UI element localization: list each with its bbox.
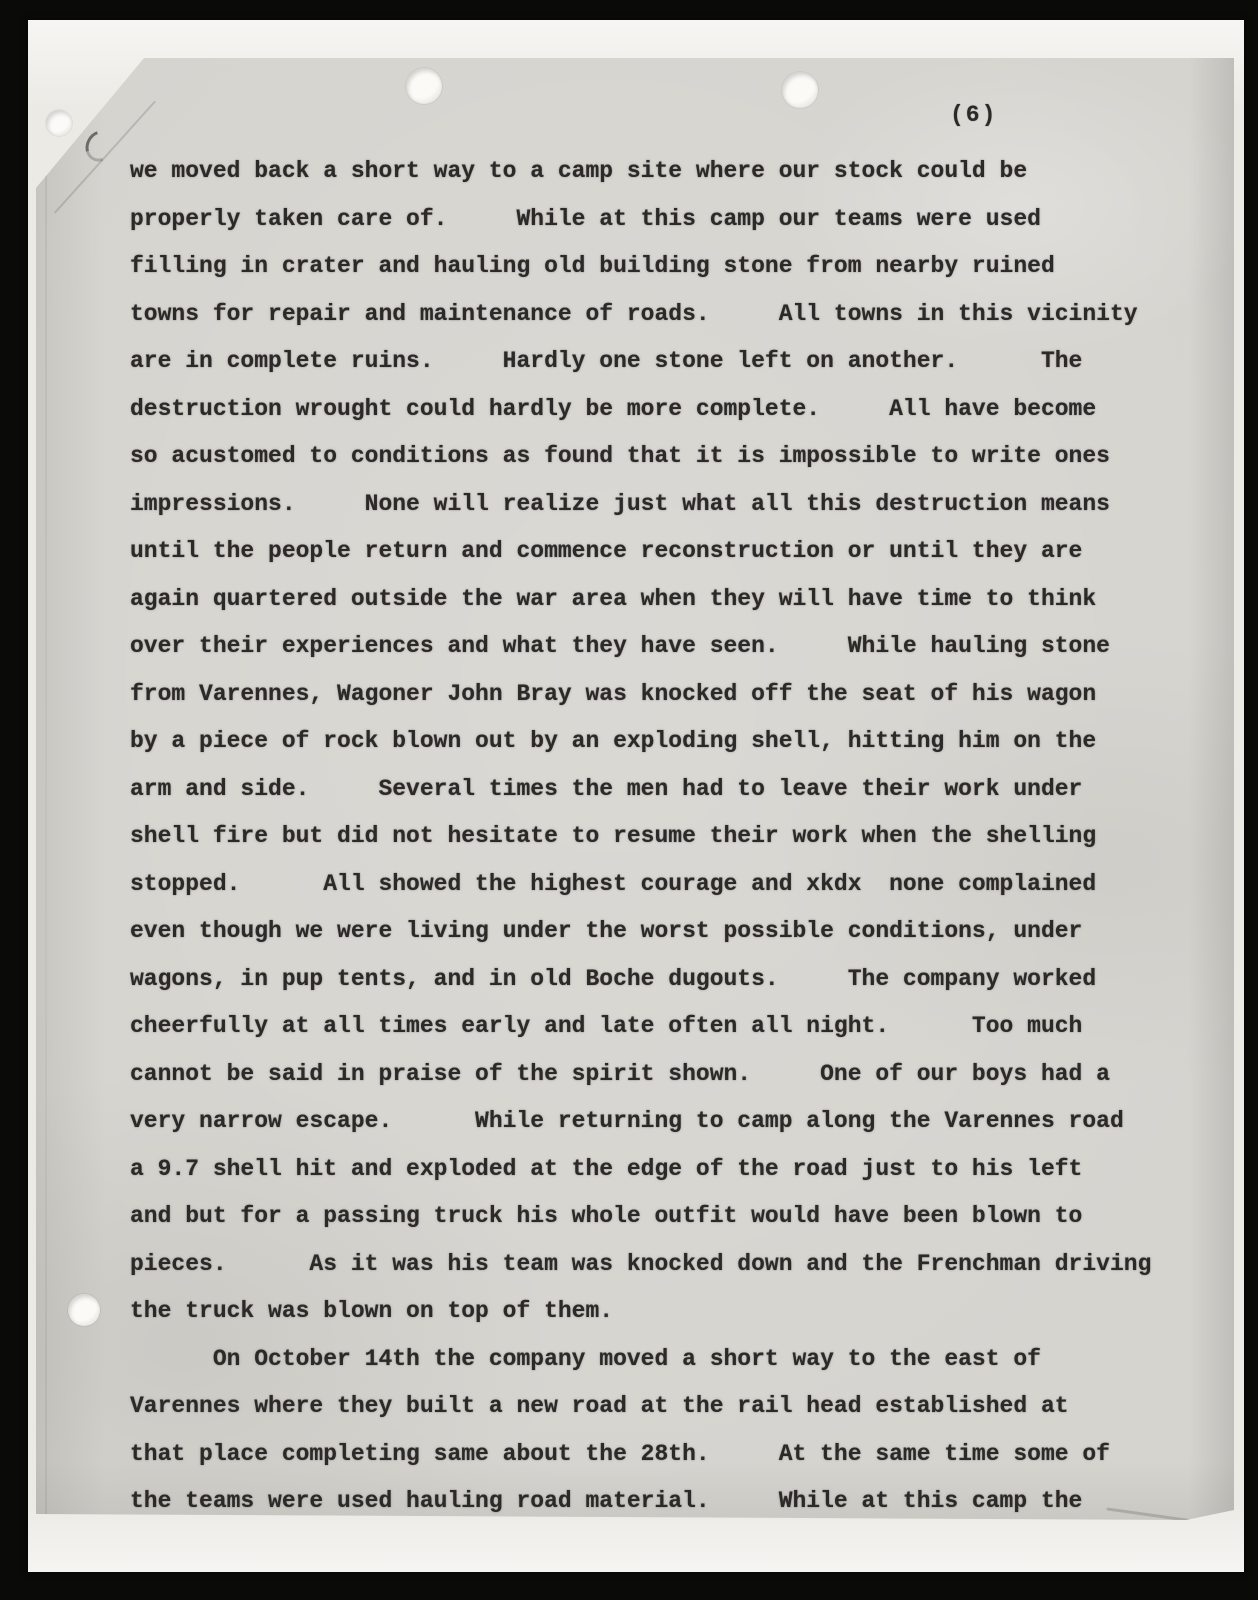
hole-punch-bottom-left xyxy=(68,1294,100,1326)
hole-punch-top-left xyxy=(406,68,442,104)
typed-line: properly taken care of. While at this ca… xyxy=(130,196,1216,244)
hole-punch-left-edge xyxy=(46,110,72,136)
typed-line: destruction wrought could hardly be more… xyxy=(130,386,1216,434)
typed-line: a 9.7 shell hit and exploded at the edge… xyxy=(130,1146,1216,1194)
typed-line: stopped. All showed the highest courage … xyxy=(130,861,1216,909)
typed-line: that place completing same about the 28t… xyxy=(130,1431,1216,1479)
document-page: (6) we moved back a short way to a camp … xyxy=(36,58,1234,1520)
typed-line: are in complete ruins. Hardly one stone … xyxy=(130,338,1216,386)
typed-line: Varennes where they built a new road at … xyxy=(130,1383,1216,1431)
typed-line: even though we were living under the wor… xyxy=(130,908,1216,956)
hole-punch-top-right xyxy=(782,72,818,108)
typed-line: cannot be said in praise of the spirit s… xyxy=(130,1051,1216,1099)
typed-line: and but for a passing truck his whole ou… xyxy=(130,1193,1216,1241)
typed-line: impressions. None will realize just what… xyxy=(130,481,1216,529)
typed-line: by a piece of rock blown out by an explo… xyxy=(130,718,1216,766)
scanned-document-background: (6) we moved back a short way to a camp … xyxy=(0,0,1258,1600)
left-edge-crease xyxy=(45,58,47,1520)
typed-line: pieces. As it was his team was knocked d… xyxy=(130,1241,1216,1289)
typed-line: shell fire but did not hesitate to resum… xyxy=(130,813,1216,861)
page-number: (6) xyxy=(950,102,997,128)
typed-text-body: we moved back a short way to a camp site… xyxy=(130,148,1216,1526)
typed-line: cheerfully at all times early and late o… xyxy=(130,1003,1216,1051)
typed-line: filling in crater and hauling old buildi… xyxy=(130,243,1216,291)
typed-line: towns for repair and maintenance of road… xyxy=(130,291,1216,339)
typed-line: very narrow escape. While returning to c… xyxy=(130,1098,1216,1146)
typed-line: arm and side. Several times the men had … xyxy=(130,766,1216,814)
typed-line: over their experiences and what they hav… xyxy=(130,623,1216,671)
typed-line: so acustomed to conditions as found that… xyxy=(130,433,1216,481)
typed-line: until the people return and commence rec… xyxy=(130,528,1216,576)
typed-line: we moved back a short way to a camp site… xyxy=(130,148,1216,196)
typed-line: the truck was blown on top of them. xyxy=(130,1288,1216,1336)
typed-line: On October 14th the company moved a shor… xyxy=(130,1336,1216,1384)
typed-line: again quartered outside the war area whe… xyxy=(130,576,1216,624)
typed-line: from Varennes, Wagoner John Bray was kno… xyxy=(130,671,1216,719)
typed-line: wagons, in pup tents, and in old Boche d… xyxy=(130,956,1216,1004)
